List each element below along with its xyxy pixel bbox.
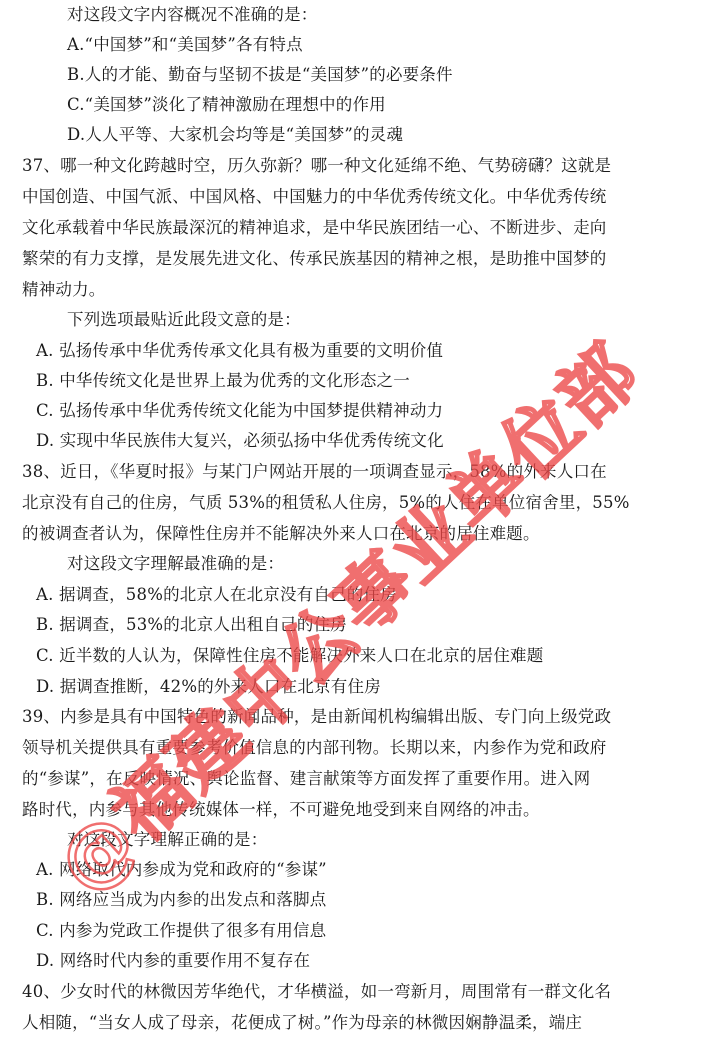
q39-option-d: D. 网络时代内参的重要作用不复存在 bbox=[36, 951, 310, 971]
q38-passage-line: 38、近日，《华夏时报》与某门户网站开展的一项调查显示，58%的外来人口在 bbox=[22, 462, 607, 482]
q39-passage-line: 路时代，内参与其他传统媒体一样，不可避免地受到来自网络的冲击。 bbox=[22, 800, 540, 820]
q39-prompt: 对这段文字理解正确的是： bbox=[67, 830, 267, 850]
q37-option-c: C. 弘扬传承中华优秀传统文化能为中国梦提供精神动力 bbox=[36, 401, 443, 421]
q36-option-c: C.“美国梦”淡化了精神激励在理想中的作用 bbox=[67, 95, 386, 115]
q37-passage-line: 37、哪一种文化跨越时空，历久弥新？哪一种文化延绵不绝、气势磅礴？这就是 bbox=[22, 156, 611, 176]
q36-option-d: D.人人平等、大家机会均等是“美国梦”的灵魂 bbox=[67, 125, 403, 145]
q36-option-b: B.人的才能、勤奋与坚韧不拔是“美国梦”的必要条件 bbox=[67, 65, 453, 85]
q38-passage-line: 的被调查者认为，保障性住房并不能解决外来人口在北京的居住难题。 bbox=[22, 524, 540, 544]
q38-option-c: C. 近半数的人认为，保障性住房不能解决外来人口在北京的居住难题 bbox=[36, 646, 543, 666]
q39-passage-line: 领导机关提供具有重要参考价值信息的内部刊物。长期以来，内参作为党和政府 bbox=[22, 738, 607, 758]
document-page: 对这段文字内容概况不准确的是： A.“中国梦”和“美国梦”各有特点 B.人的才能… bbox=[0, 0, 708, 1046]
q37-passage-line: 中国创造、中国气派、中国风格、中国魅力的中华优秀传统文化。中华优秀传统 bbox=[22, 187, 607, 207]
q36-option-a: A.“中国梦”和“美国梦”各有特点 bbox=[67, 35, 303, 55]
q37-passage-line: 繁荣的有力支撑，是发展先进文化、传承民族基因的精神之根，是助推中国梦的 bbox=[22, 249, 607, 269]
q37-prompt: 下列选项最贴近此段文意的是： bbox=[67, 310, 301, 330]
q39-passage-line: 的“参谋”，在反映情况、舆论监督、建言献策等方面发挥了重要作用。进入网 bbox=[22, 769, 590, 789]
q38-option-d: D. 据调查推断，42%的外来人口在北京有住房 bbox=[36, 677, 381, 697]
q38-option-a: A. 据调查，58%的北京人在北京没有自己的住房 bbox=[36, 585, 397, 605]
q39-passage-line: 39、内参是具有中国特色的新闻品种，是由新闻机构编辑出版、专门向上级党政 bbox=[22, 707, 611, 727]
q37-option-b: B. 中华传统文化是世界上最为优秀的文化形态之一 bbox=[36, 371, 410, 391]
q40-passage-line: 人相随，“当女人成了母亲，花便成了树。”作为母亲的林微因娴静温柔，端庄 bbox=[22, 1013, 582, 1033]
q39-option-c: C. 内参为党政工作提供了很多有用信息 bbox=[36, 921, 326, 941]
q37-option-a: A. 弘扬传承中华优秀传承文化具有极为重要的文明价值 bbox=[36, 341, 443, 361]
q37-passage-line: 精神动力。 bbox=[22, 280, 106, 300]
q40-passage-line: 40、少女时代的林微因芳华绝代，才华横溢，如一弯新月，周围常有一群文化名 bbox=[22, 982, 611, 1002]
q38-option-b: B. 据调查，53%的北京人出租自己的住房 bbox=[36, 615, 347, 635]
q39-option-a: A. 网络取代内参成为党和政府的“参谋” bbox=[36, 860, 327, 880]
q36-prompt: 对这段文字内容概况不准确的是： bbox=[67, 5, 318, 25]
q38-prompt: 对这段文字理解最准确的是： bbox=[67, 554, 284, 574]
q39-option-b: B. 网络应当成为内参的出发点和落脚点 bbox=[36, 890, 326, 910]
q38-passage-line: 北京没有自己的住房，气质 53%的租赁私人住房，5%的人住在单位宿舍里，55% bbox=[22, 493, 630, 513]
q37-passage-line: 文化承载着中华民族最深沉的精神追求，是中华民族团结一心、不断进步、走向 bbox=[22, 218, 607, 238]
q37-option-d: D. 实现中华民族伟大复兴，必须弘扬中华优秀传统文化 bbox=[36, 431, 444, 451]
